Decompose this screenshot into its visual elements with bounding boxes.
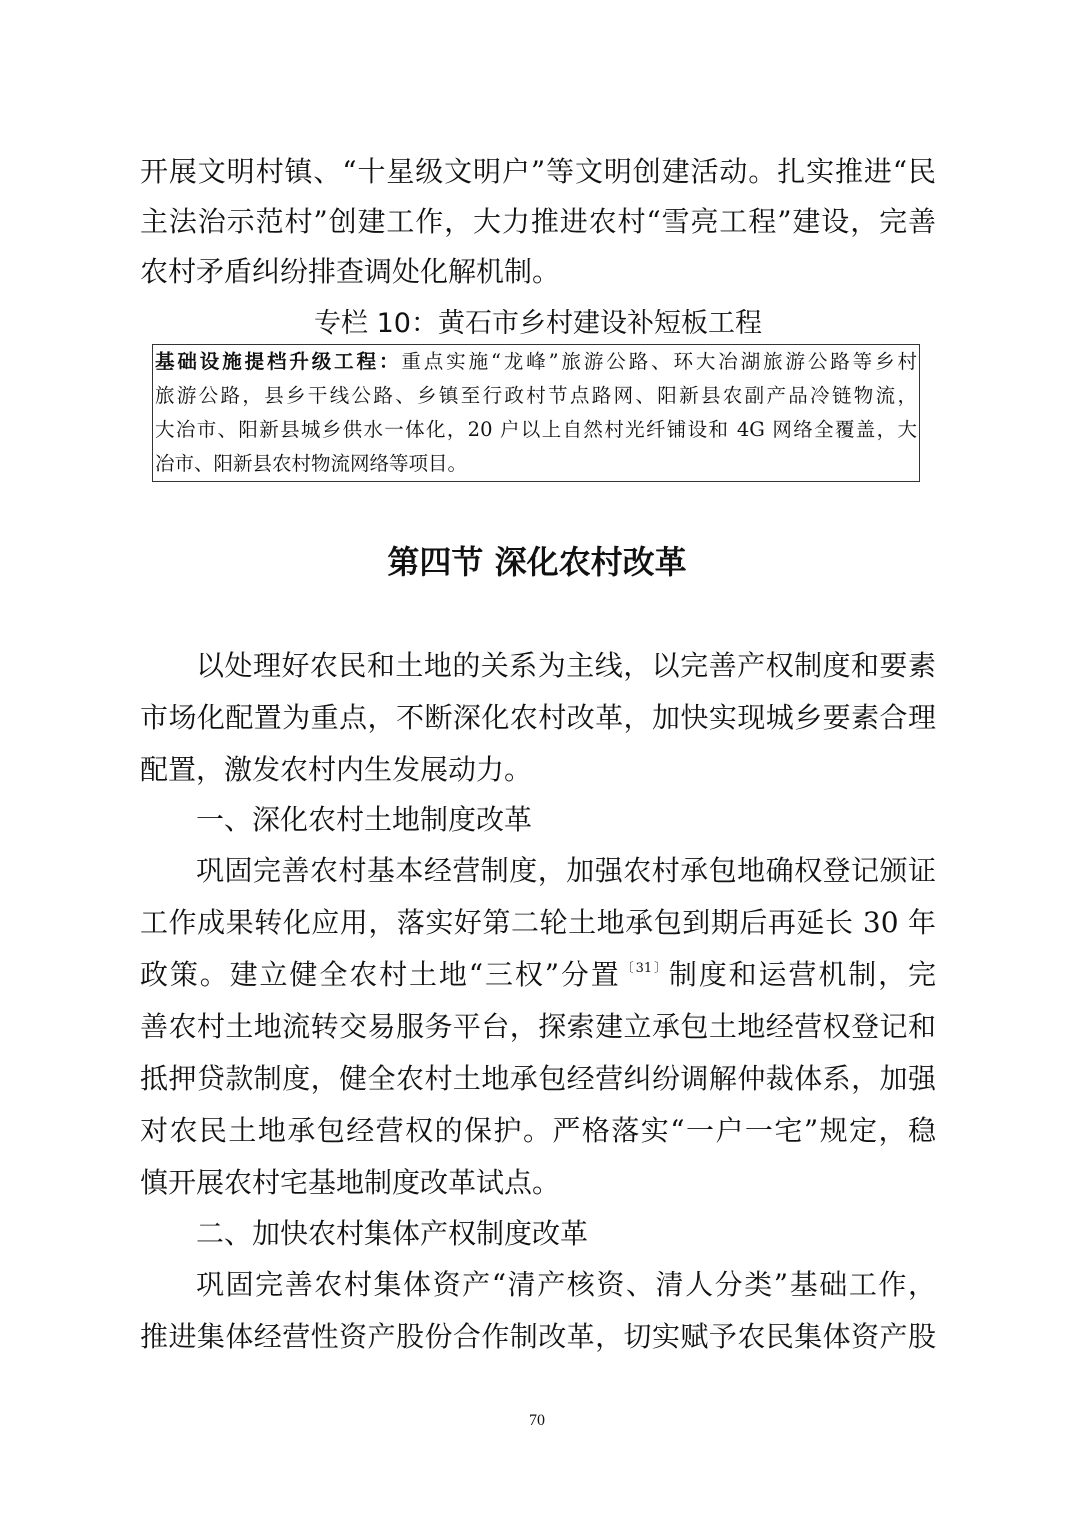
subsection-heading: 一、深化农村土地制度改革 [196,802,532,838]
paragraph-line: 开展文明村镇、“十星级文明户”等文明创建活动。扎实推进“民 [140,154,936,190]
paragraph-line: 对农民土地承包经营权的保护。严格落实“一户一宅”规定，稳 [140,1113,936,1149]
paragraph-line: 巩固完善农村基本经营制度，加强农村承包地确权登记颁证 [196,853,936,889]
paragraph-line: 善农村土地流转交易服务平台，探索建立承包土地经营权登记和 [140,1009,936,1045]
paragraph-line: 农村矛盾纠纷排查调处化解机制。 [140,254,936,290]
column-box-text: 重点实施“龙峰”旅游公路、环大冶湖旅游公路等乡村 [401,350,917,373]
text-span: 制度和运营机制，完 [669,958,936,991]
column-box-title: 专栏 10：黄石市乡村建设补短板工程 [140,306,936,342]
section-title: 第四节 深化农村改革 [0,540,1074,584]
paragraph-line: 市场化配置为重点，不断深化农村改革，加快实现城乡要素合理 [140,700,936,736]
paragraph-line: 推进集体经营性资产股份合作制改革，切实赋予农民集体资产股 [140,1319,936,1355]
column-box-label: 基础设施提档升级工程： [155,350,401,373]
paragraph-line: 政策。建立健全农村土地“三权”分置〔31〕制度和运营机制，完 [140,957,936,993]
footnote-reference[interactable]: 〔31〕 [621,961,669,976]
text-span: 政策。建立健全农村土地“三权”分置 [140,958,621,991]
column-box: 基础设施提档升级工程：重点实施“龙峰”旅游公路、环大冶湖旅游公路等乡村 旅游公路… [152,344,920,482]
column-box-line: 基础设施提档升级工程：重点实施“龙峰”旅游公路、环大冶湖旅游公路等乡村 [155,347,917,377]
column-box-line: 大冶市、阳新县城乡供水一体化，20 户以上自然村光纤铺设和 4G 网络全覆盖，大 [155,415,917,445]
paragraph-line: 慎开展农村宅基地制度改革试点。 [140,1165,936,1201]
column-box-line: 冶市、阳新县农村物流网络等项目。 [155,449,917,479]
paragraph-line: 主法治示范村”创建工作，大力推进农村“雪亮工程”建设，完善 [140,204,936,240]
column-box-line: 旅游公路，县乡干线公路、乡镇至行政村节点路网、阳新县农副产品冷链物流， [155,381,917,411]
paragraph-line: 配置，激发农村内生发展动力。 [140,752,936,788]
subsection-heading: 二、加快农村集体产权制度改革 [196,1216,588,1252]
paragraph-line: 工作成果转化应用，落实好第二轮土地承包到期后再延长 30 年 [140,905,936,941]
document-page: 开展文明村镇、“十星级文明户”等文明创建活动。扎实推进“民 主法治示范村”创建工… [0,0,1074,1520]
page-number: 70 [0,1412,1074,1430]
paragraph-line: 以处理好农民和土地的关系为主线，以完善产权制度和要素 [196,648,936,684]
paragraph-line: 巩固完善农村集体资产“清产核资、清人分类”基础工作， [196,1267,936,1303]
paragraph-line: 抵押贷款制度，健全农村土地承包经营纠纷调解仲裁体系，加强 [140,1061,936,1097]
